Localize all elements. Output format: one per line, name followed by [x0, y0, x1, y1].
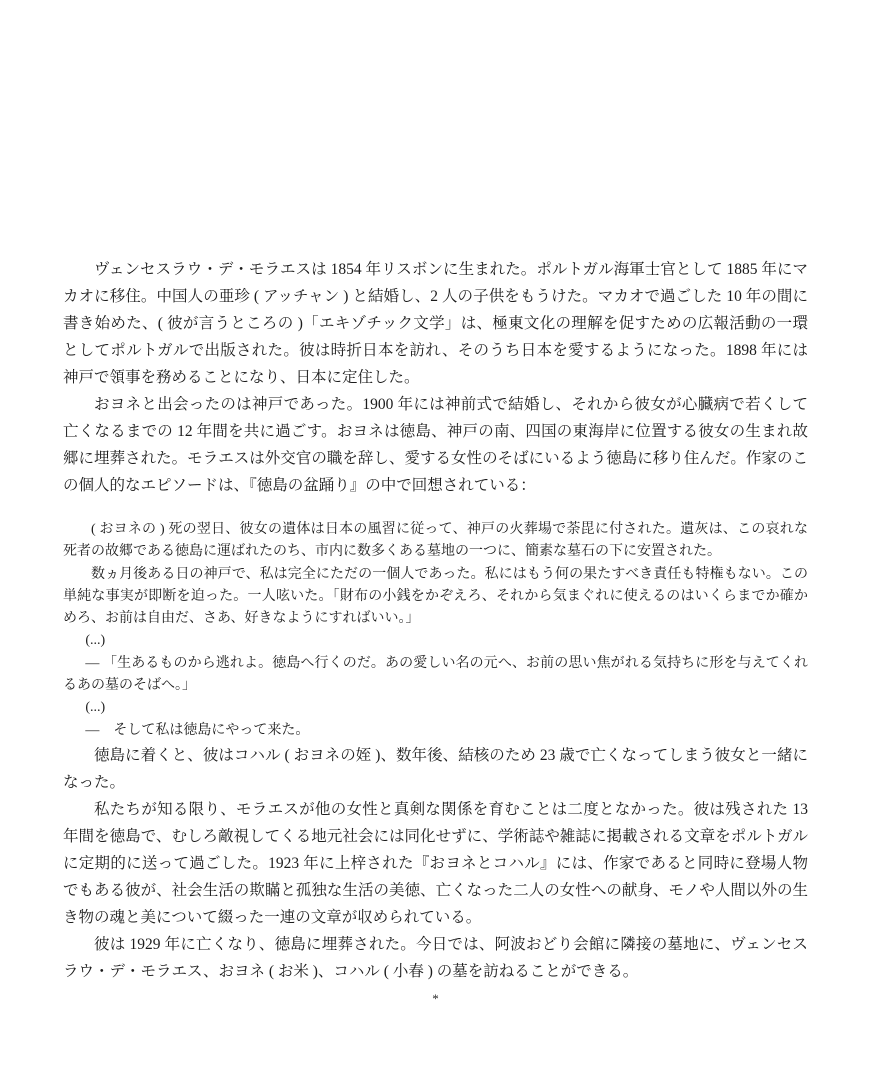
paragraph-death-graves: 彼は 1929 年に亡くなり、徳島に埋葬された。今日では、阿波おどり会館に隣接の… — [63, 931, 808, 985]
quote-paragraph-funeral: ( おヨネの ) 死の翌日、彼女の遺体は日本の風習に従って、神戸の火葬場で荼毘に… — [63, 519, 808, 564]
paragraph-moraes-birth: ヴェンセスラウ・デ・モラエスは 1854 年リスボンに生まれた。ポルトガル海軍士… — [63, 256, 808, 391]
document-page: ヴェンセスラウ・デ・モラエスは 1854 年リスボンに生まれた。ポルトガル海軍士… — [0, 0, 869, 1065]
quote-paragraph-flee-to-tokushima: — 「生あるものから逃れよ。徳島へ行くのだ。あの愛しい名の元へ、お前の思い焦がれ… — [63, 653, 808, 698]
paragraph-later-years: 私たちが知る限り、モラエスが他の女性と真剣な関係を育むことは二度となかった。彼は… — [63, 796, 808, 931]
quote-paragraph-kobe-monologue: 数ヵ月後ある日の神戸で、私は完全にただの一個人であった。私にはもう何の果たすべき… — [63, 564, 808, 631]
quote-ellipsis-mark: (...) — [63, 697, 808, 719]
footnote-asterisk: * — [63, 989, 808, 1009]
paragraph-koharu: 徳島に着くと、彼はコハル ( おヨネの姪 )、数年後、結核のため 23 歳で亡く… — [63, 742, 808, 796]
quote-paragraph-arrival: — そして私は徳島にやって来た。 — [63, 720, 808, 742]
paragraph-oyone-kobe: おヨネと出会ったのは神戸であった。1900 年には神前式で結婚し、それから彼女が… — [63, 391, 808, 499]
blockquote-tokushima-bon-odori: ( おヨネの ) 死の翌日、彼女の遺体は日本の風習に従って、神戸の火葬場で荼毘に… — [63, 519, 808, 742]
quote-ellipsis-mark: (...) — [63, 630, 808, 652]
